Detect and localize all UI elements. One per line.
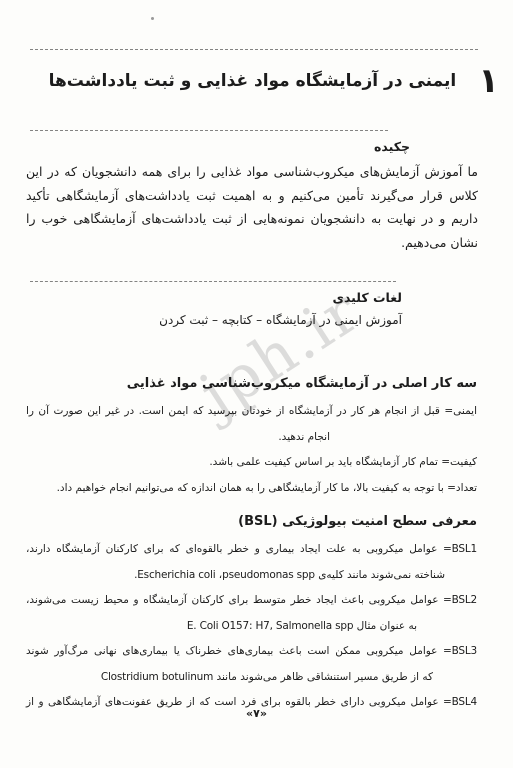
keywords-body: آموزش ایمنی در آزمایشگاه – کتابچه – ثبت …	[159, 313, 402, 327]
scanned-book-page: ۱ ایمنی در آزمایشگاه مواد غذایی و ثبت یا…	[0, 0, 513, 768]
bsl3-line2: که از طریق مسیر استنشاقی ظاهر می‌شوند ما…	[26, 665, 477, 691]
bsl3-item: BSL3= عوامل میکروبی ممکن است باعث بیماری…	[26, 639, 477, 690]
bsl3-line1: BSL3= عوامل میکروبی ممکن است باعث بیماری…	[26, 639, 477, 665]
task-quantity-line: تعداد= با توجه به کیفیت بالا، ما کار آزم…	[26, 476, 477, 502]
tasks-heading: سه کار اصلی در آزمایشگاه میکروب‌شناسی مو…	[127, 376, 477, 391]
chapter-title: ایمنی در آزمایشگاه مواد غذایی و ثبت یادد…	[49, 58, 457, 104]
bsl-body: BSL1= عوامل میکروبی به علت ایجاد بیماری …	[26, 537, 477, 716]
abstract-body: ما آموزش آزمایش‌های میکروب‌شناسی مواد غذ…	[26, 160, 478, 254]
keywords-rule	[30, 281, 396, 282]
chapter-number: ۱	[478, 58, 499, 104]
bsl1-line2: شناخته نمی‌شوند مانند کلیه‌ی pseudomonas…	[26, 563, 477, 589]
chapter-header: ۱ ایمنی در آزمایشگاه مواد غذایی و ثبت یا…	[30, 58, 499, 104]
scan-speck	[151, 17, 154, 20]
task-safety-line2: انجام ندهید.	[26, 425, 477, 451]
bsl2-item: BSL2= عوامل میکروبی باعث ایجاد خطر متوسط…	[26, 588, 477, 639]
bsl2-line1: BSL2= عوامل میکروبی باعث ایجاد خطر متوسط…	[26, 588, 477, 614]
bsl1-line1: BSL1= عوامل میکروبی به علت ایجاد بیماری …	[26, 537, 477, 563]
bsl2-line2: به عنوان مثال E. Coli O157: H7, Salmonel…	[26, 614, 477, 640]
task-safety-line1: ایمنی= قبل از انجام هر کار در آزمایشگاه …	[26, 399, 477, 425]
bsl1-item: BSL1= عوامل میکروبی به علت ایجاد بیماری …	[26, 537, 477, 588]
keywords-heading: لغات کلیدی	[332, 290, 402, 305]
tasks-body: ایمنی= قبل از انجام هر کار در آزمایشگاه …	[26, 399, 477, 501]
abstract-heading: چکیده	[374, 139, 410, 154]
abstract-rule	[30, 130, 388, 131]
bsl-heading: معرفی سطح امنیت بیولوژیکی (BSL)	[238, 514, 477, 529]
page-number: «۷»	[0, 707, 513, 720]
task-quality-line: کیفیت= تمام کار آزمایشگاه باید بر اساس ک…	[26, 450, 477, 476]
top-rule	[30, 49, 478, 50]
